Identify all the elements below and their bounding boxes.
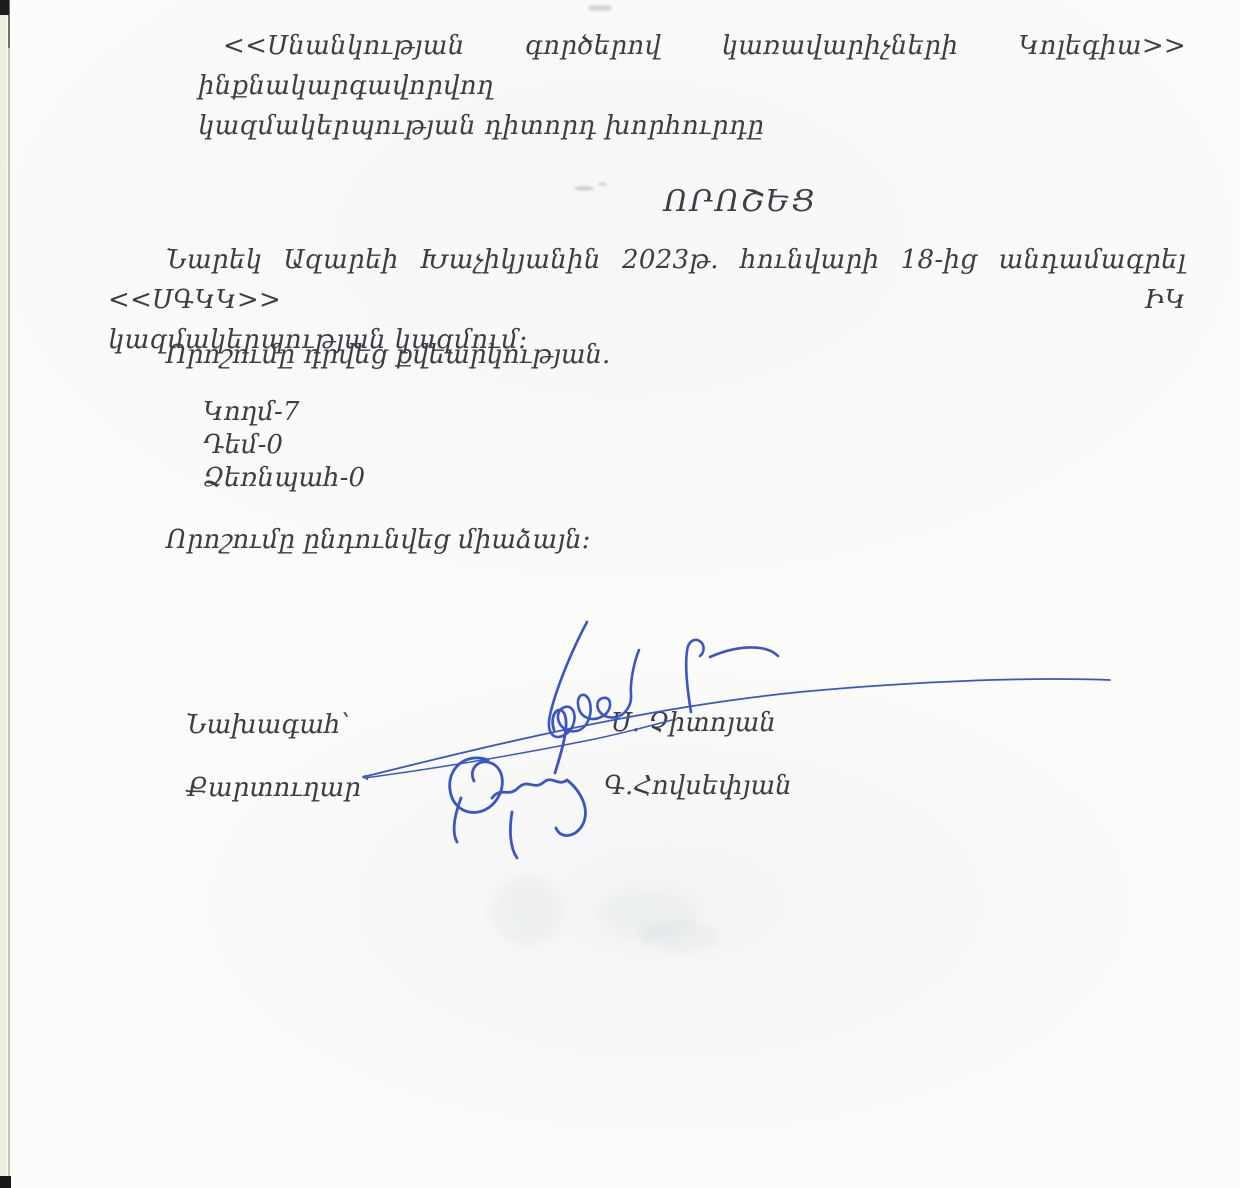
ink-bleedthrough xyxy=(640,922,720,952)
scan-smudge xyxy=(598,182,607,186)
vote-result-text: Որոշումը ընդունվեց միաձայն։ xyxy=(166,525,591,555)
scan-smudge xyxy=(588,5,612,11)
vote-results-list: Կողմ-7 Դեմ-0 Ձեռնպահ-0 xyxy=(203,396,365,495)
decision-line-1: Նարեկ Ազարեի Խաչիկյանին 2023թ. հունվարի … xyxy=(108,240,1186,320)
handwritten-signatures-ink xyxy=(340,600,1140,870)
decision-heading: ՈՐՈՇԵՑ xyxy=(630,184,850,219)
scan-smudge xyxy=(574,186,594,191)
vote-intro-text: Որոշումը դրվեց քվեարկության. xyxy=(166,340,610,370)
scan-corner-mark-bottom xyxy=(0,1176,11,1188)
header-line-1: <<Սնանկության գործերով կառավարիչների Կոլ… xyxy=(198,26,1186,106)
ink-bleedthrough xyxy=(492,878,562,944)
scan-edge-line xyxy=(8,0,10,1188)
chairman-role-label: Նախագահ՝ xyxy=(186,710,350,740)
vote-line-for: Կողմ-7 xyxy=(203,396,365,429)
vote-line-against: Դեմ-0 xyxy=(203,429,365,462)
scan-corner-mark-top xyxy=(0,0,9,15)
document-header: <<Սնանկության գործերով կառավարիչների Կոլ… xyxy=(198,26,1186,146)
signature-long-stroke xyxy=(363,679,1110,778)
scan-edge-strip xyxy=(0,0,7,1188)
vote-line-abstain: Ձեռնպահ-0 xyxy=(203,462,365,495)
chairman-signature-ink xyxy=(549,622,778,737)
header-line-2: կազմակերպության դիտորդ խորհուրդը xyxy=(198,106,1186,146)
scanned-document-page: <<Սնանկության գործերով կառավարիչների Կոլ… xyxy=(0,0,1240,1188)
secretary-signature-ink xyxy=(450,710,586,858)
